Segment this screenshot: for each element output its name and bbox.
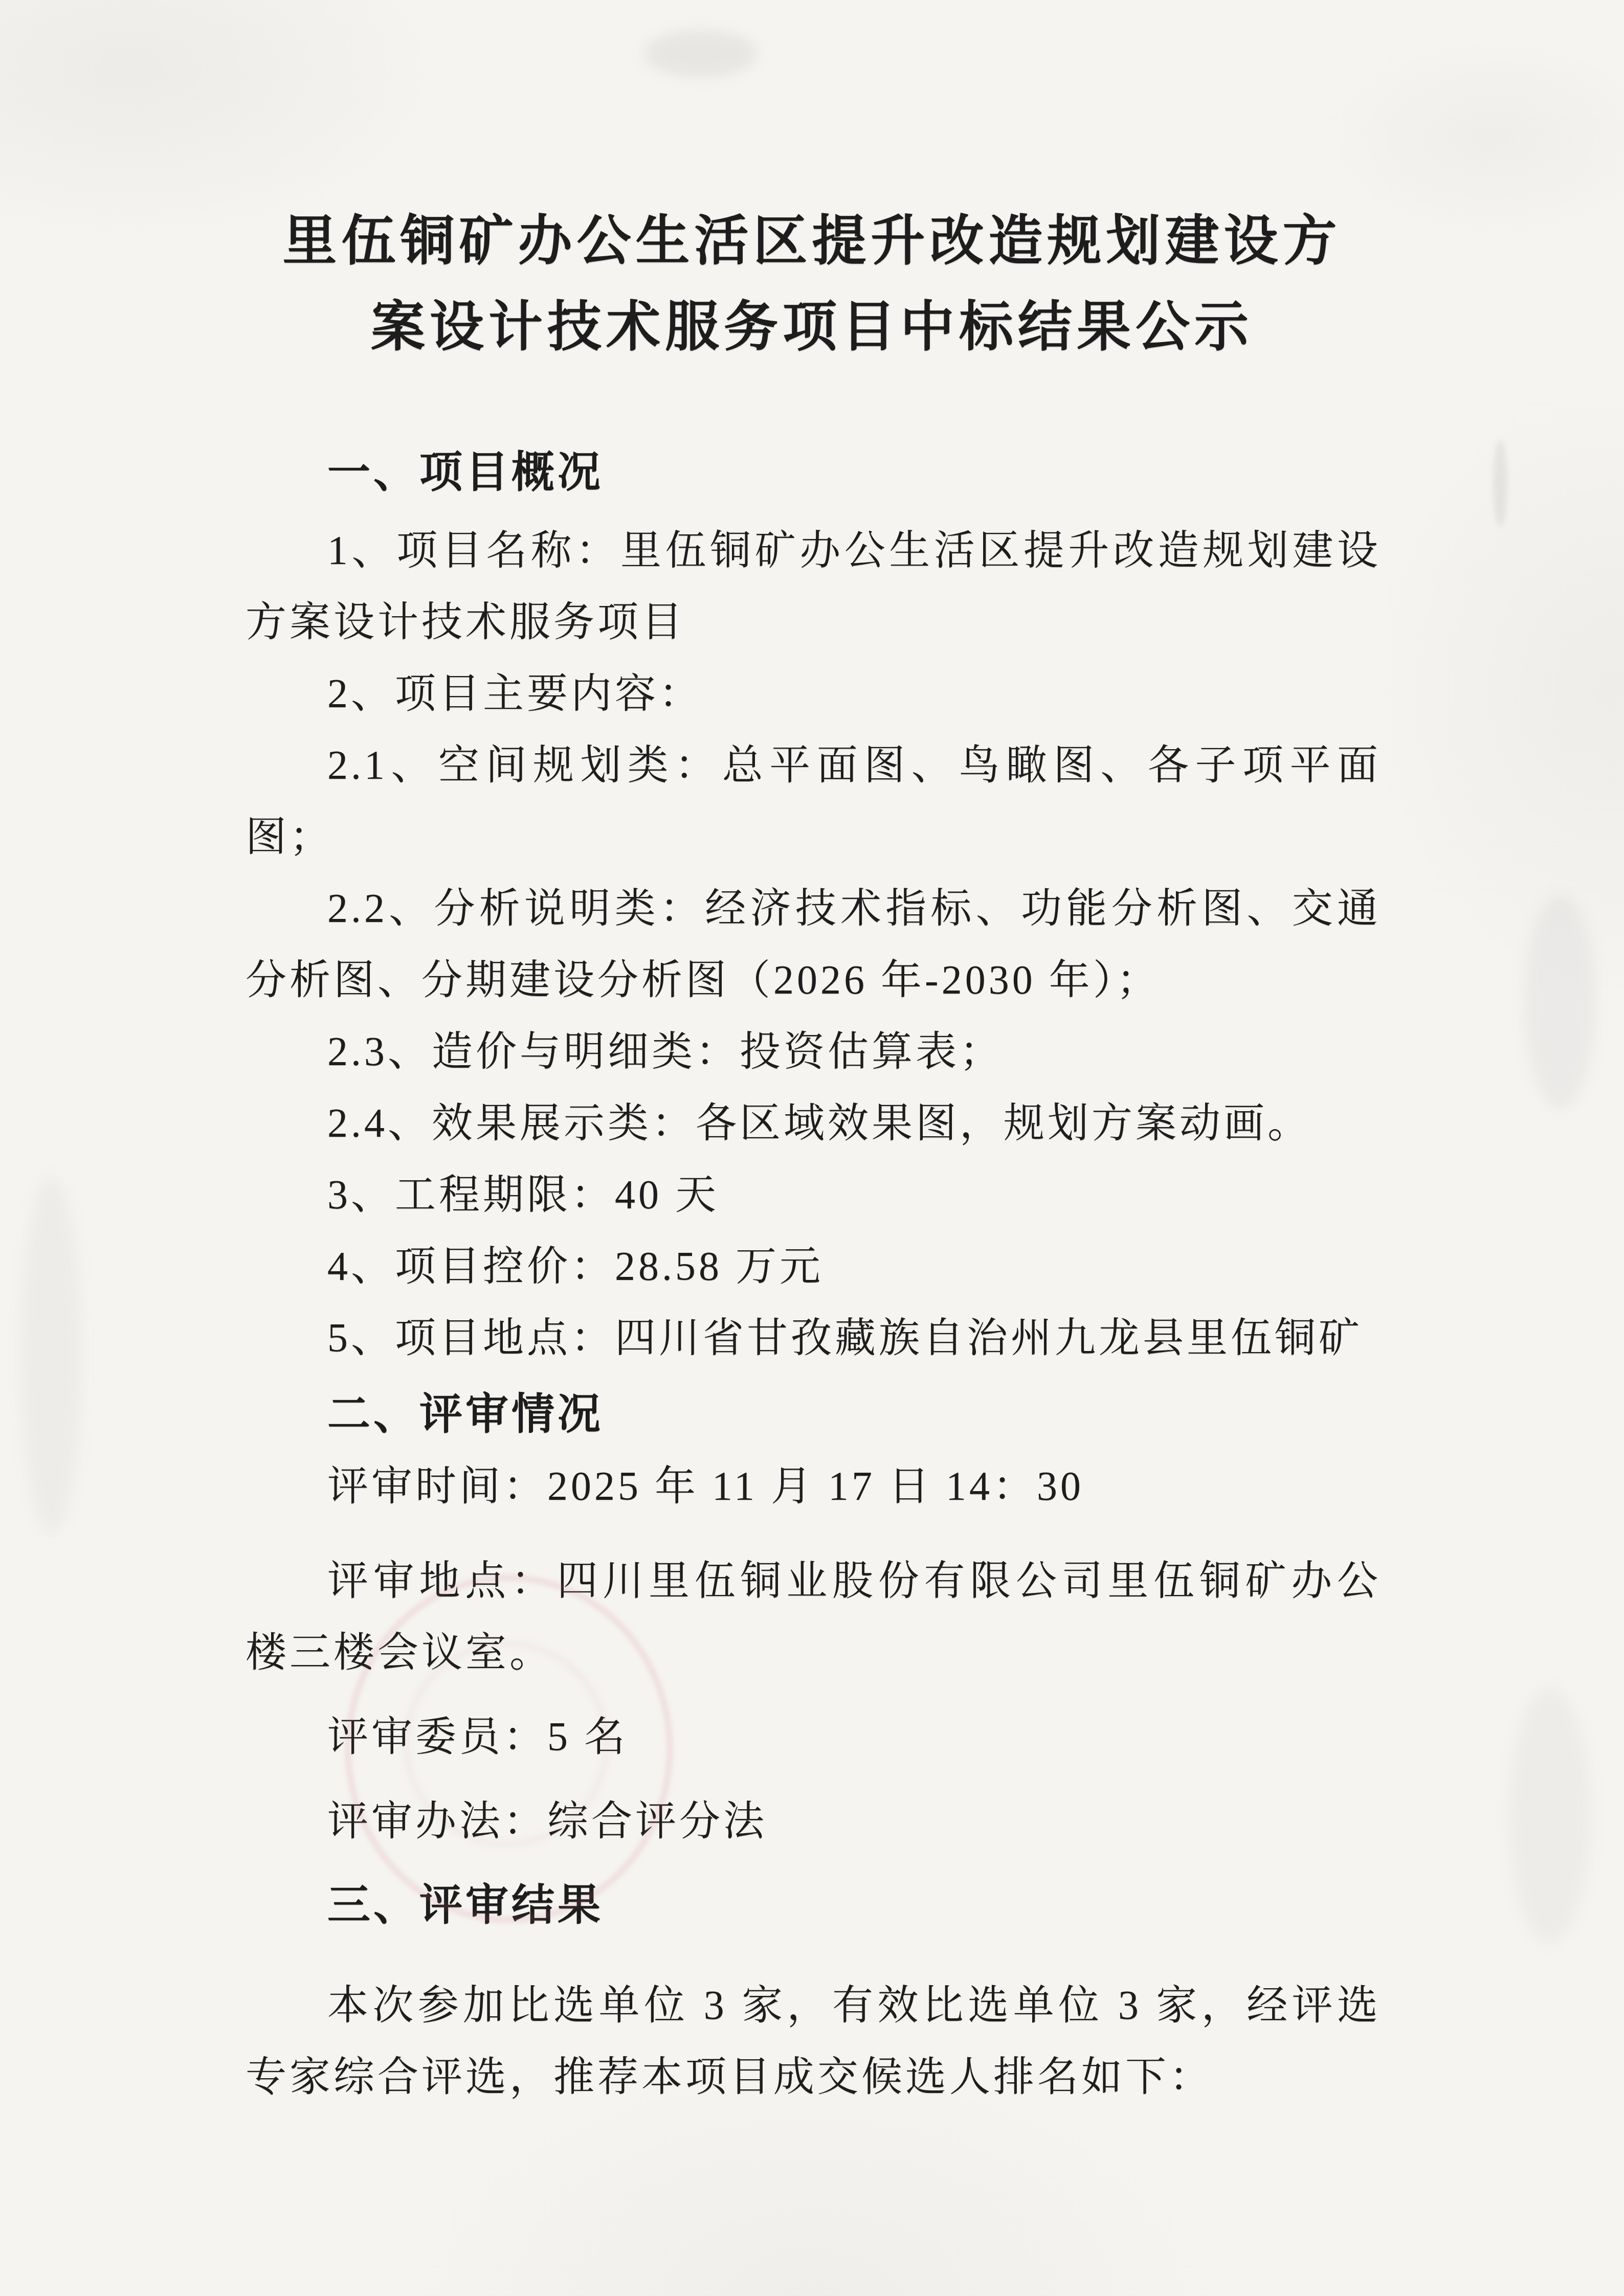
paragraph-line: 评审地点：四川里伍铜业股份有限公司里伍铜矿办公 [246, 1545, 1381, 1617]
paragraph: 评审委员：5 名 [246, 1701, 1381, 1773]
paragraph-line: 2.4、效果展示类：各区域效果图，规划方案动画。 [246, 1088, 1381, 1159]
heading-line: 二、评审情况 [246, 1379, 1381, 1451]
paragraph-line: 2.1、空间规划类：总平面图、鸟瞰图、各子项平面 [246, 730, 1381, 801]
paragraph-line: 2.2、分析说明类：经济技术指标、功能分析图、交通 [246, 873, 1381, 944]
section-heading: 一、项目概况 [246, 437, 1381, 509]
paragraph-line: 2.3、造价与明细类：投资估算表； [246, 1016, 1381, 1088]
paragraph: 评审办法：综合评分法 [246, 1786, 1381, 1857]
paragraph: 1、项目名称：里伍铜矿办公生活区提升改造规划建设方案设计技术服务项目 [246, 515, 1381, 658]
paragraph: 2.3、造价与明细类：投资估算表； [246, 1016, 1381, 1088]
scan-smudge [20, 1176, 82, 1534]
document-title-line: 里伍铜矿办公生活区提升改造规划建设方 [0, 198, 1624, 284]
document-title: 里伍铜矿办公生活区提升改造规划建设方 案设计技术服务项目中标结果公示 [0, 198, 1624, 370]
scan-smudge [1524, 895, 1596, 1110]
section-heading: 三、评审结果 [246, 1870, 1381, 1942]
paragraph-line: 4、项目控价：28.58 万元 [246, 1231, 1381, 1302]
paragraph-line: 2、项目主要内容： [246, 658, 1381, 730]
paragraph-line: 楼三楼会议室。 [246, 1617, 1381, 1689]
paragraph-line: 分析图、分期建设分析图（2026 年-2030 年）； [246, 944, 1381, 1016]
paragraph-line: 方案设计技术服务项目 [246, 587, 1381, 658]
paragraph-line: 本次参加比选单位 3 家，有效比选单位 3 家，经评选 [246, 1970, 1381, 2041]
paragraph: 2、项目主要内容： [246, 658, 1381, 730]
paragraph-line: 评审办法：综合评分法 [246, 1786, 1381, 1857]
paragraph: 4、项目控价：28.58 万元 [246, 1231, 1381, 1302]
paragraph: 5、项目地点：四川省甘孜藏族自治州九龙县里伍铜矿 [246, 1302, 1381, 1374]
heading-line: 三、评审结果 [246, 1870, 1381, 1942]
scanned-document-page: 里伍铜矿办公生活区提升改造规划建设方 案设计技术服务项目中标结果公示 一、项目概… [0, 0, 1624, 2296]
paragraph-line: 专家综合评选，推荐本项目成交候选人排名如下： [246, 2041, 1381, 2113]
paragraph: 2.1、空间规划类：总平面图、鸟瞰图、各子项平面图； [246, 730, 1381, 873]
scan-smudge [1509, 1687, 1591, 1943]
paragraph-line: 1、项目名称：里伍铜矿办公生活区提升改造规划建设 [246, 515, 1381, 587]
paragraph: 3、工程期限：40 天 [246, 1159, 1381, 1231]
paragraph-line: 图； [246, 801, 1381, 873]
paragraph-line: 5、项目地点：四川省甘孜藏族自治州九龙县里伍铜矿 [246, 1302, 1381, 1374]
paragraph-line: 评审时间：2025 年 11 月 17 日 14：30 [246, 1451, 1381, 1522]
paragraph-line: 3、工程期限：40 天 [246, 1159, 1381, 1231]
paragraph: 本次参加比选单位 3 家，有效比选单位 3 家，经评选专家综合评选，推荐本项目成… [246, 1970, 1381, 2113]
heading-line: 一、项目概况 [246, 437, 1381, 509]
scan-smudge [1494, 440, 1507, 527]
section-heading: 二、评审情况 [246, 1379, 1381, 1451]
scan-smudge [644, 31, 757, 77]
paragraph: 2.2、分析说明类：经济技术指标、功能分析图、交通分析图、分期建设分析图（202… [246, 873, 1381, 1016]
paragraph: 2.4、效果展示类：各区域效果图，规划方案动画。 [246, 1088, 1381, 1159]
paragraph-line: 评审委员：5 名 [246, 1701, 1381, 1773]
document-body: 一、项目概况1、项目名称：里伍铜矿办公生活区提升改造规划建设方案设计技术服务项目… [246, 437, 1381, 2113]
document-title-line: 案设计技术服务项目中标结果公示 [0, 284, 1624, 370]
paragraph: 评审时间：2025 年 11 月 17 日 14：30 [246, 1451, 1381, 1522]
paragraph: 评审地点：四川里伍铜业股份有限公司里伍铜矿办公楼三楼会议室。 [246, 1545, 1381, 1689]
